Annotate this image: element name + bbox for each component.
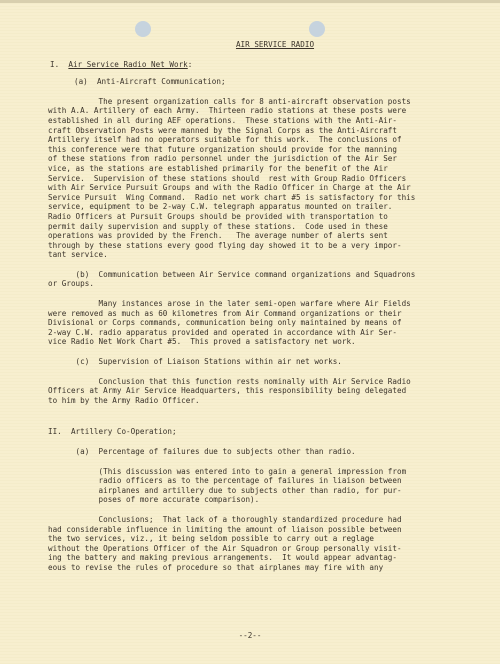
section-2-heading: II. Artillery Co-Operation; bbox=[48, 427, 478, 437]
page-top-edge bbox=[0, 0, 500, 3]
text-line: were removed as much as 60 kilometres fr… bbox=[48, 309, 478, 319]
text-line: service, equipment to be 2-way C.W. tele… bbox=[48, 202, 478, 212]
text-line: (a) Percentage of failures due to subjec… bbox=[48, 447, 478, 457]
text-line: had considerable influence in limiting t… bbox=[48, 525, 478, 535]
text-line: vice, as the stations are established pr… bbox=[48, 164, 478, 174]
subsection-1a-label: (a) bbox=[74, 77, 88, 86]
paragraph-1b: Many instances arose in the later semi-o… bbox=[48, 299, 478, 347]
note-2a: (This discussion was entered into to gai… bbox=[48, 467, 478, 505]
subsection-1b-heading: (b) Communication between Air Service co… bbox=[48, 270, 478, 289]
text-line: through by these stations every good fly… bbox=[48, 241, 478, 251]
text-line: radio officers as to the percentage of f… bbox=[48, 476, 478, 486]
punch-hole-left bbox=[135, 21, 151, 37]
text-line: Divisional or Corps commands, communicat… bbox=[48, 318, 478, 328]
text-line: airplanes and artillery due to subjects … bbox=[48, 486, 478, 496]
text-line: Many instances arose in the later semi-o… bbox=[48, 299, 478, 309]
text-line: vice Radio Net Work Chart #5. This prove… bbox=[48, 337, 478, 347]
text-line: poses of more accurate comparison). bbox=[48, 495, 478, 505]
text-line: 2-way C.W. radio apparatus provided and … bbox=[48, 328, 478, 338]
punch-hole-right bbox=[309, 21, 325, 37]
text-line: to him by the Army Radio Officer. bbox=[48, 396, 478, 406]
text-line: operations was provided by the French. T… bbox=[48, 231, 478, 241]
section-1-colon: : bbox=[188, 60, 193, 69]
text-line: or Groups. bbox=[48, 279, 478, 289]
subsection-2a-heading: (a) Percentage of failures due to subjec… bbox=[48, 447, 478, 457]
text-line: with Air Service Pursuit Groups and with… bbox=[48, 183, 478, 193]
text-line: eous to revise the rules of procedure so… bbox=[48, 563, 478, 573]
document-title: AIR SERVICE RADIO bbox=[48, 40, 478, 50]
text-line: of these stations from radio personnel u… bbox=[48, 154, 478, 164]
subsection-1a-heading: (a) Anti-Aircraft Communication; bbox=[48, 77, 478, 87]
text-line: tant service. bbox=[48, 250, 478, 260]
paragraph-1c: Conclusion that this function rests nomi… bbox=[48, 377, 478, 406]
text-line: without the Operations Officer of the Ai… bbox=[48, 544, 478, 554]
text-line: Radio Officers at Pursuit Groups should … bbox=[48, 212, 478, 222]
text-line: with A.A. Artillery of each Army. Thirte… bbox=[48, 106, 478, 116]
conclusions-2a: Conclusions; That lack of a thoroughly s… bbox=[48, 515, 478, 573]
page-number: --2-- bbox=[0, 631, 500, 640]
text-line: (b) Communication between Air Service co… bbox=[48, 270, 478, 280]
text-line: The present organization calls for 8 ant… bbox=[48, 97, 478, 107]
text-line: Conclusions; That lack of a thoroughly s… bbox=[48, 515, 478, 525]
document-body: AIR SERVICE RADIO I. Air Service Radio N… bbox=[48, 40, 478, 573]
text-line: Officers at Army Air Service Headquarter… bbox=[48, 386, 478, 396]
text-line: II. Artillery Co-Operation; bbox=[48, 427, 478, 437]
text-line: established in all during AEF operations… bbox=[48, 116, 478, 126]
section-1-numeral: I. bbox=[50, 60, 59, 69]
text-line: Service. Supervision of these stations s… bbox=[48, 174, 478, 184]
text-line: this conference were that future organiz… bbox=[48, 145, 478, 155]
text-line: permit daily supervision and supply of t… bbox=[48, 222, 478, 232]
paragraph-1a: The present organization calls for 8 ant… bbox=[48, 97, 478, 260]
text-line: craft Observation Posts were manned by t… bbox=[48, 126, 478, 136]
text-line: (This discussion was entered into to gai… bbox=[48, 467, 478, 477]
section-1-heading: I. Air Service Radio Net Work: bbox=[48, 60, 478, 70]
subsection-1c-heading: (c) Supervision of Liaison Stations with… bbox=[48, 357, 478, 367]
subsection-1a-title: Anti-Aircraft Communication; bbox=[97, 77, 226, 86]
text-line: Service Pursuit Wing Command. Radio net … bbox=[48, 193, 478, 203]
text-line: (c) Supervision of Liaison Stations with… bbox=[48, 357, 478, 367]
text-line: the two services, viz., it being seldom … bbox=[48, 534, 478, 544]
section-1-title: Air Service Radio Net Work bbox=[68, 60, 187, 69]
text-line: ing the battery and making previous arra… bbox=[48, 553, 478, 563]
text-line: Artillery itself had no operators suitab… bbox=[48, 135, 478, 145]
text-line: Conclusion that this function rests nomi… bbox=[48, 377, 478, 387]
